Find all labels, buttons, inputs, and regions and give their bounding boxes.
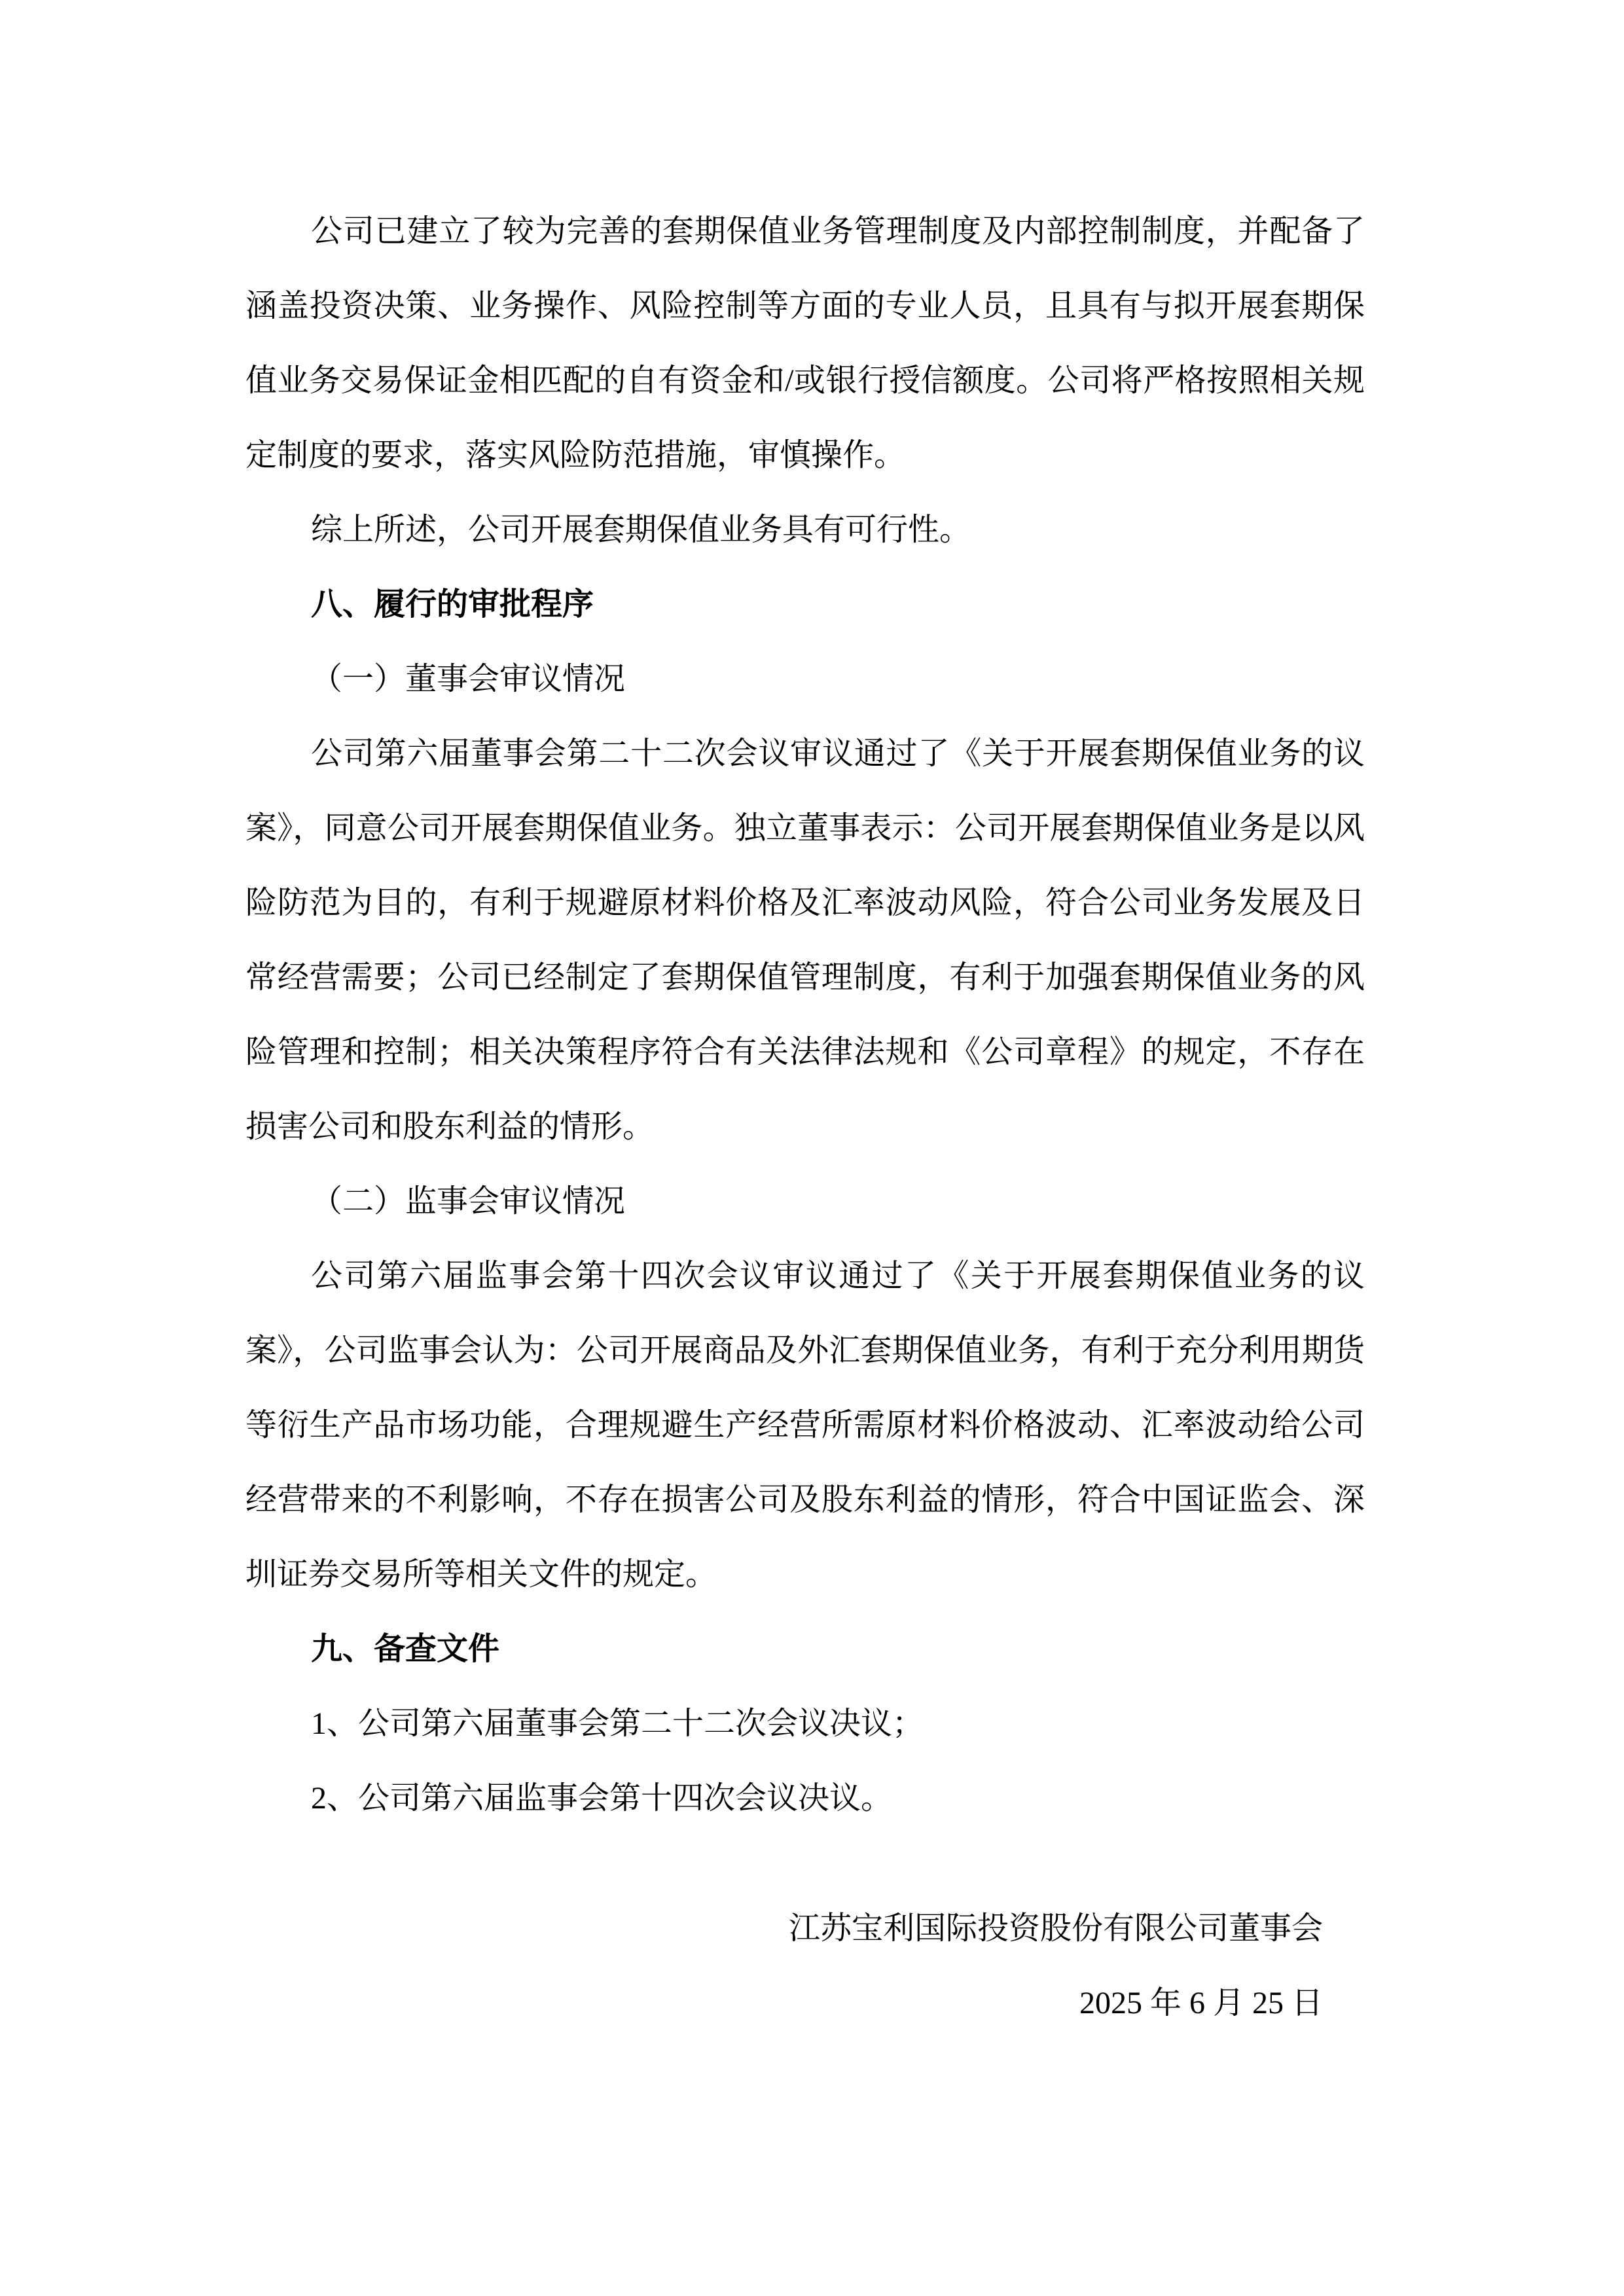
paragraph-internal-control: 公司已建立了较为完善的套期保值业务管理制度及内部控制制度，并配备了涵盖投资决策、… bbox=[245, 194, 1365, 493]
subheading-supervisory-review: （二）监事会审议情况 bbox=[245, 1164, 1365, 1239]
signature-company: 江苏宝利国际投资股份有限公司董事会 bbox=[245, 1892, 1323, 1966]
document-page: { "page": { "background_color": "#ffffff… bbox=[0, 0, 1624, 2296]
paragraph-board-resolution: 公司第六届董事会第二十二次会议审议通过了《关于开展套期保值业务的议案》，同意公司… bbox=[245, 717, 1365, 1164]
paragraph-supervisory-resolution: 公司第六届监事会第十四次会议审议通过了《关于开展套期保值业务的议案》，公司监事会… bbox=[245, 1239, 1365, 1612]
paragraph-conclusion: 综上所述，公司开展套期保值业务具有可行性。 bbox=[245, 493, 1365, 567]
list-item-supervisory-resolution: 2、公司第六届监事会第十四次会议决议。 bbox=[245, 1761, 1365, 1836]
heading-reference-documents: 九、备查文件 bbox=[245, 1612, 1365, 1687]
subheading-board-review: （一）董事会审议情况 bbox=[245, 642, 1365, 717]
list-item-board-resolution: 1、公司第六届董事会第二十二次会议决议； bbox=[245, 1687, 1365, 1761]
document-body: 公司已建立了较为完善的套期保值业务管理制度及内部控制制度，并配备了涵盖投资决策、… bbox=[245, 194, 1365, 2041]
heading-approval-procedures: 八、履行的审批程序 bbox=[245, 567, 1365, 642]
signature-date: 2025 年 6 月 25 日 bbox=[245, 1966, 1323, 2041]
signature-block: 江苏宝利国际投资股份有限公司董事会 2025 年 6 月 25 日 bbox=[245, 1892, 1365, 2041]
